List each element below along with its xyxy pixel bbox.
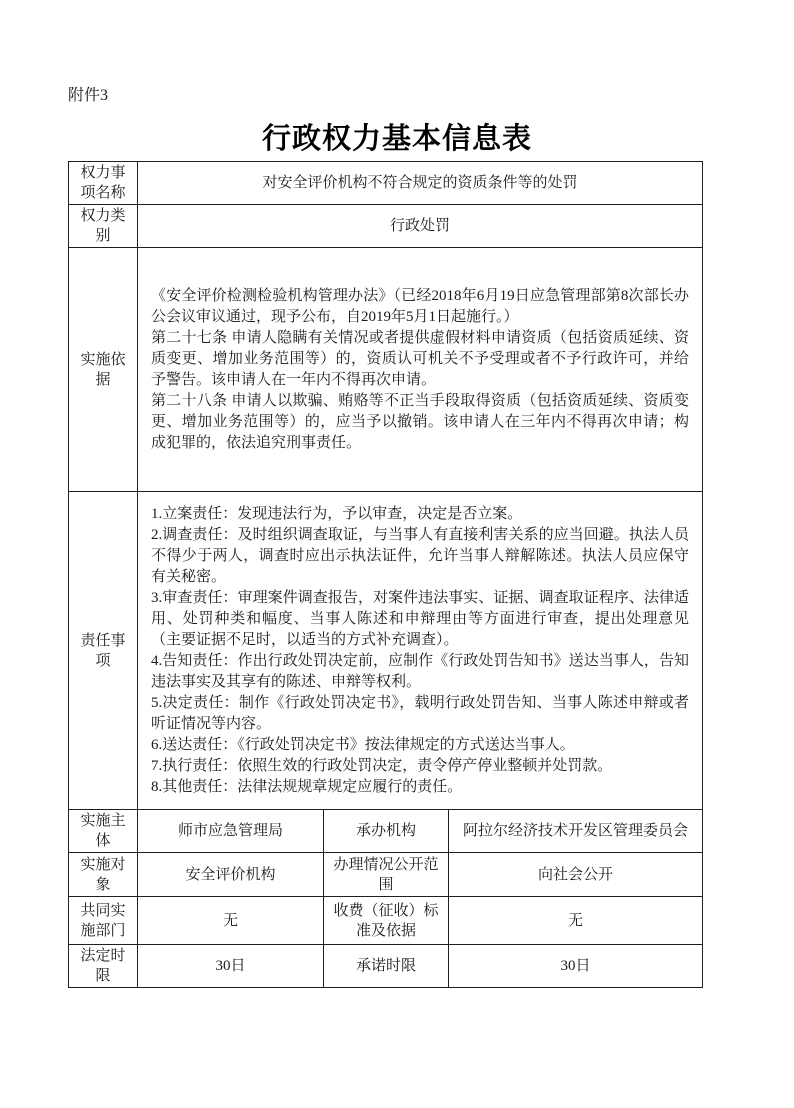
joint-departments-label-cell: 共同实 施部门 bbox=[69, 897, 138, 945]
attachment-label: 附件3 bbox=[68, 86, 108, 106]
table-row-power-item-name: 权力事 项名称 对安全评价机构不符合规定的资质条件等的处罚 bbox=[69, 162, 703, 205]
page-title: 行政权力基本信息表 bbox=[0, 116, 794, 157]
handling-agency-label-cell: 承办机构 bbox=[324, 810, 449, 853]
power-category-label-cell: 权力类 别 bbox=[69, 205, 138, 248]
table-row-power-category: 权力类 别 行政处罚 bbox=[69, 205, 703, 248]
handling-agency-value-cell: 阿拉尔经济技术开发区管理委员会 bbox=[449, 810, 703, 853]
power-item-name-label-cell: 权力事 项名称 bbox=[69, 162, 138, 205]
table-row-implementation-basis: 实施依 据 《安全评价检测检验机构管理办法》（已经2018年6月19日应急管理部… bbox=[69, 248, 703, 492]
fee-standard-label-cell: 收费（征收）标 准及依据 bbox=[324, 897, 449, 945]
joint-departments-value-cell: 无 bbox=[138, 897, 324, 945]
implementation-target-value-cell: 安全评价机构 bbox=[138, 853, 324, 897]
statutory-time-limit-value-cell: 30日 bbox=[138, 945, 324, 988]
implementation-basis-value-cell: 《安全评价检测检验机构管理办法》（已经2018年6月19日应急管理部第8次部长办… bbox=[138, 248, 703, 492]
table-row-implementing-body: 实施主 体 师市应急管理局 承办机构 阿拉尔经济技术开发区管理委员会 bbox=[69, 810, 703, 853]
disclosure-scope-value-cell: 向社会公开 bbox=[449, 853, 703, 897]
info-table: 权力事 项名称 对安全评价机构不符合规定的资质条件等的处罚 权力类 别 行政处罚… bbox=[68, 161, 703, 988]
implementation-basis-label-cell: 实施依 据 bbox=[69, 248, 138, 492]
implementation-target-label-cell: 实施对 象 bbox=[69, 853, 138, 897]
power-category-value-cell: 行政处罚 bbox=[138, 205, 703, 248]
promised-time-limit-value-cell: 30日 bbox=[449, 945, 703, 988]
document-page: 附件3 行政权力基本信息表 权力事 项名称 对安全评价机构不符合规定的资质条件等… bbox=[0, 0, 794, 1108]
power-item-name-value-cell: 对安全评价机构不符合规定的资质条件等的处罚 bbox=[138, 162, 703, 205]
disclosure-scope-label-cell: 办理情况公开范 围 bbox=[324, 853, 449, 897]
implementing-body-label-cell: 实施主 体 bbox=[69, 810, 138, 853]
responsibility-items-label-cell: 责任事 项 bbox=[69, 492, 138, 810]
fee-standard-value-cell: 无 bbox=[449, 897, 703, 945]
implementing-body-value-cell: 师市应急管理局 bbox=[138, 810, 324, 853]
table-row-joint-departments: 共同实 施部门 无 收费（征收）标 准及依据 无 bbox=[69, 897, 703, 945]
table-row-statutory-time-limit: 法定时 限 30日 承诺时限 30日 bbox=[69, 945, 703, 988]
table-row-implementation-target: 实施对 象 安全评价机构 办理情况公开范 围 向社会公开 bbox=[69, 853, 703, 897]
promised-time-limit-label-cell: 承诺时限 bbox=[324, 945, 449, 988]
table-row-responsibility-items: 责任事 项 1.立案责任：发现违法行为，予以审查，决定是否立案。 2.调查责任：… bbox=[69, 492, 703, 810]
responsibility-items-value-cell: 1.立案责任：发现违法行为，予以审查，决定是否立案。 2.调查责任：及时组织调查… bbox=[138, 492, 703, 810]
statutory-time-limit-label-cell: 法定时 限 bbox=[69, 945, 138, 988]
